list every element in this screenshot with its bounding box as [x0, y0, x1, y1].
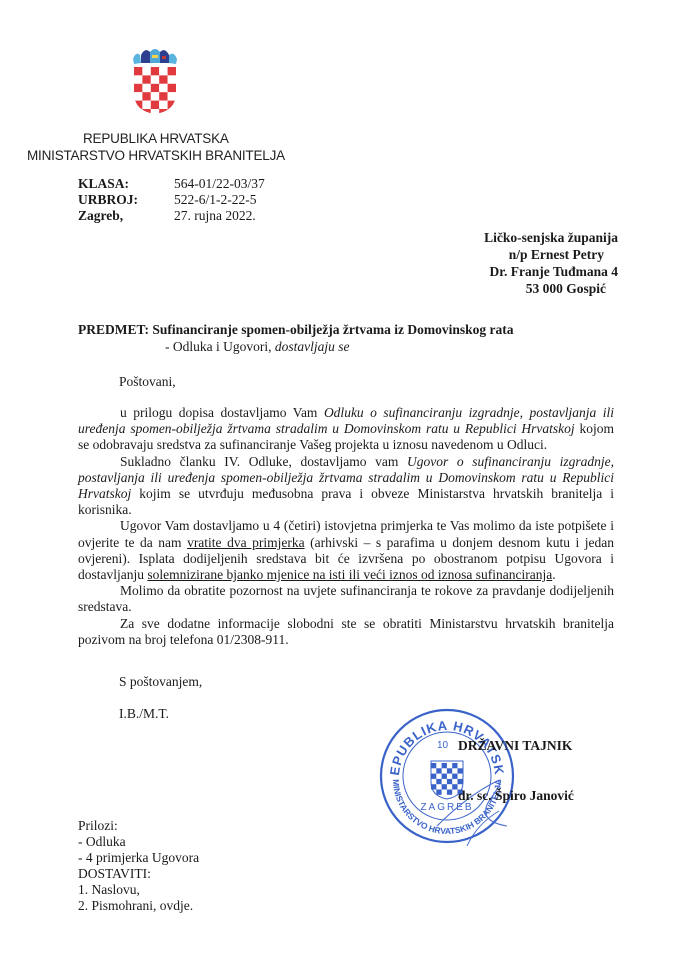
meta-date: Zagreb,27. rujna 2022.: [78, 208, 265, 224]
greeting: Poštovani,: [119, 374, 176, 390]
paragraph-4: Molimo da obratite pozornost na uvjete s…: [78, 583, 614, 615]
delivery-heading: DOSTAVITI:: [78, 866, 199, 882]
recipient-line: Ličko-senjska županija: [418, 229, 618, 246]
subject-sub: - Odluka i Ugovori, dostavljaju se: [78, 338, 513, 355]
document-meta: KLASA:564-01/22-03/37 URBROJ:522-6/1-2-2…: [78, 176, 265, 224]
initials: I.B./M.T.: [119, 706, 169, 722]
official-stamp-icon: REPUBLIKA HRVATSKA MINISTARSTVO HRVATSKI…: [377, 706, 517, 846]
attachments-heading: Prilozi:: [78, 818, 199, 834]
recipient-line: n/p Ernest Petry: [418, 246, 618, 263]
letter-body: u prilogu dopisa dostavljamo Vam Odluku …: [78, 405, 614, 648]
attachment-item: - Odluka: [78, 834, 199, 850]
meta-urbroj: URBROJ:522-6/1-2-22-5: [78, 192, 265, 208]
subject-title: Sufinanciranje spomen-obilježja žrtvama …: [152, 322, 513, 337]
header-republic: REPUBLIKA HRVATSKA: [83, 131, 229, 146]
crown-icon: [133, 49, 177, 64]
paragraph-3: Ugovor Vam dostavljamo u 4 (četiri) isto…: [78, 518, 614, 583]
svg-text:10: 10: [437, 740, 449, 751]
delivery-item: 2. Pismohrani, ovdje.: [78, 898, 199, 914]
signatory-name: dr. sc. Špiro Janović: [458, 788, 574, 804]
paragraph-2: Sukladno članku IV. Odluke, dostavljamo …: [78, 454, 614, 519]
meta-klasa: KLASA:564-01/22-03/37: [78, 176, 265, 192]
paragraph-1: u prilogu dopisa dostavljamo Vam Odluku …: [78, 405, 614, 454]
recipient-line: 53 000 Gospić: [418, 280, 618, 297]
recipient-line: Dr. Franje Tuđmana 4: [418, 263, 618, 280]
attachment-item: - 4 primjerka Ugovora: [78, 850, 199, 866]
paragraph-5: Za sve dodatne informacije slobodni ste …: [78, 616, 614, 648]
coat-of-arms-icon: [131, 47, 179, 115]
subject-label: PREDMET:: [78, 322, 149, 337]
closing: S poštovanjem,: [119, 674, 202, 690]
header-ministry: MINISTARSTVO HRVATSKIH BRANITELJA: [27, 148, 285, 163]
signatory-title: DRŽAVNI TAJNIK: [458, 738, 572, 754]
delivery-item: 1. Naslovu,: [78, 882, 199, 898]
attachments-list: Prilozi: - Odluka - 4 primjerka Ugovora …: [78, 818, 199, 914]
recipient-address: Ličko-senjska županija n/p Ernest Petry …: [418, 229, 618, 297]
subject: PREDMET: Sufinanciranje spomen-obilježja…: [78, 321, 513, 355]
